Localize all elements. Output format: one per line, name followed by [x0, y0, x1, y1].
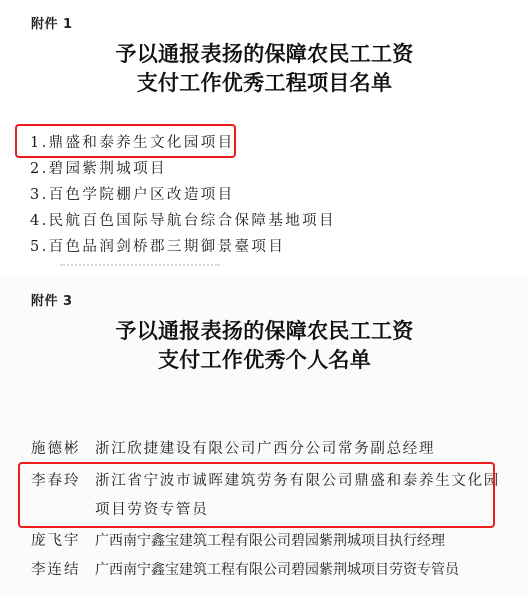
cut-off-text-line — [60, 264, 220, 269]
person-name: 施德彬 — [31, 435, 95, 464]
person-name: 李连结 — [31, 556, 95, 585]
person-row: 李春玲 浙江省宁波市诚晖建筑劳务有限公司鼎盛和泰养生文化园项目劳资专管员 — [31, 467, 511, 525]
attachment-3-title-line-1: 予以通报表扬的保障农民工工资 — [0, 316, 529, 345]
person-list: 施德彬 浙江欣捷建设有限公司广西分公司常务副总经理 李春玲 浙江省宁波市诚晖建筑… — [31, 435, 511, 585]
attachment-3-title-line-2: 支付工作优秀个人名单 — [0, 345, 529, 374]
project-item: 3.百色学院棚户区改造项目 — [30, 182, 336, 208]
attachment-1-title-line-2: 支付工作优秀工程项目名单 — [0, 68, 529, 97]
attachment-3-title: 予以通报表扬的保障农民工工资 支付工作优秀个人名单 — [0, 316, 529, 374]
person-name: 李春玲 — [31, 467, 95, 525]
attachment-1-label: 附件 1 — [31, 13, 73, 32]
person-name: 庞飞宇 — [31, 527, 95, 556]
person-role: 广西南宁鑫宝建筑工程有限公司碧园紫荆城项目执行经理 — [95, 527, 511, 556]
attachment-3-label: 附件 3 — [31, 290, 73, 309]
project-item: 1.鼎盛和泰养生文化园项目 — [30, 130, 336, 156]
attachment-1-title: 予以通报表扬的保障农民工工资 支付工作优秀工程项目名单 — [0, 39, 529, 97]
person-row: 施德彬 浙江欣捷建设有限公司广西分公司常务副总经理 — [31, 435, 511, 464]
person-role: 广西南宁鑫宝建筑工程有限公司碧园紫荆城项目劳资专管员 — [95, 556, 511, 585]
attachment-1-section: 附件 1 予以通报表扬的保障农民工工资 支付工作优秀工程项目名单 1.鼎盛和泰养… — [0, 0, 529, 275]
person-role: 浙江省宁波市诚晖建筑劳务有限公司鼎盛和泰养生文化园项目劳资专管员 — [95, 467, 511, 525]
project-item: 5.百色品润剑桥郡三期御景臺项目 — [30, 234, 336, 260]
person-row: 庞飞宇 广西南宁鑫宝建筑工程有限公司碧园紫荆城项目执行经理 — [31, 527, 511, 556]
person-row: 李连结 广西南宁鑫宝建筑工程有限公司碧园紫荆城项目劳资专管员 — [31, 556, 511, 585]
person-role: 浙江欣捷建设有限公司广西分公司常务副总经理 — [95, 435, 511, 464]
attachment-1-title-line-1: 予以通报表扬的保障农民工工资 — [0, 39, 529, 68]
project-list: 1.鼎盛和泰养生文化园项目 2.碧园紫荆城项目 3.百色学院棚户区改造项目 4.… — [30, 130, 336, 260]
attachment-3-section: 附件 3 予以通报表扬的保障农民工工资 支付工作优秀个人名单 施德彬 浙江欣捷建… — [0, 275, 529, 595]
project-item: 2.碧园紫荆城项目 — [30, 156, 336, 182]
project-item: 4.民航百色国际导航台综合保障基地项目 — [30, 208, 336, 234]
